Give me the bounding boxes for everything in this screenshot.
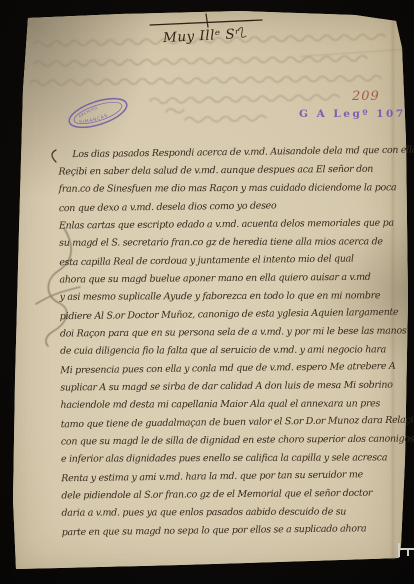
manuscript-line-8: ahora que su magd buelue aponer mano en … [59, 269, 401, 290]
manuscript-body: Los dias pasados Respondi acerca de v.md… [58, 143, 403, 542]
folio-number: 209 [352, 89, 380, 104]
scanned-manuscript-page: ARCHIVO SIMANCAS Muy Illᵉ Sʳ 209 G A Leg… [0, 0, 414, 584]
manuscript-line-5: Enlas cartas que escripto edado a v.md. … [59, 215, 401, 236]
manuscript-line-14: suplicar A su magd se sirba de dar calid… [60, 377, 402, 398]
shelfmark-stamp: G A Legº 107 [299, 108, 406, 120]
manuscript-line-22: parte en que su magd no sepa lo que por … [62, 520, 404, 542]
manuscript-line-2: Reçibi en saber dela salud de v.md. aunq… [58, 161, 400, 182]
manuscript-line-11: doi Raçon para que en su persona sela de… [60, 323, 402, 344]
manuscript-line-17: con que su magd le de silla de dignidad … [61, 431, 403, 452]
manuscript-line-20: dele pidiendole al S.or fran.co gz de el… [61, 485, 403, 506]
